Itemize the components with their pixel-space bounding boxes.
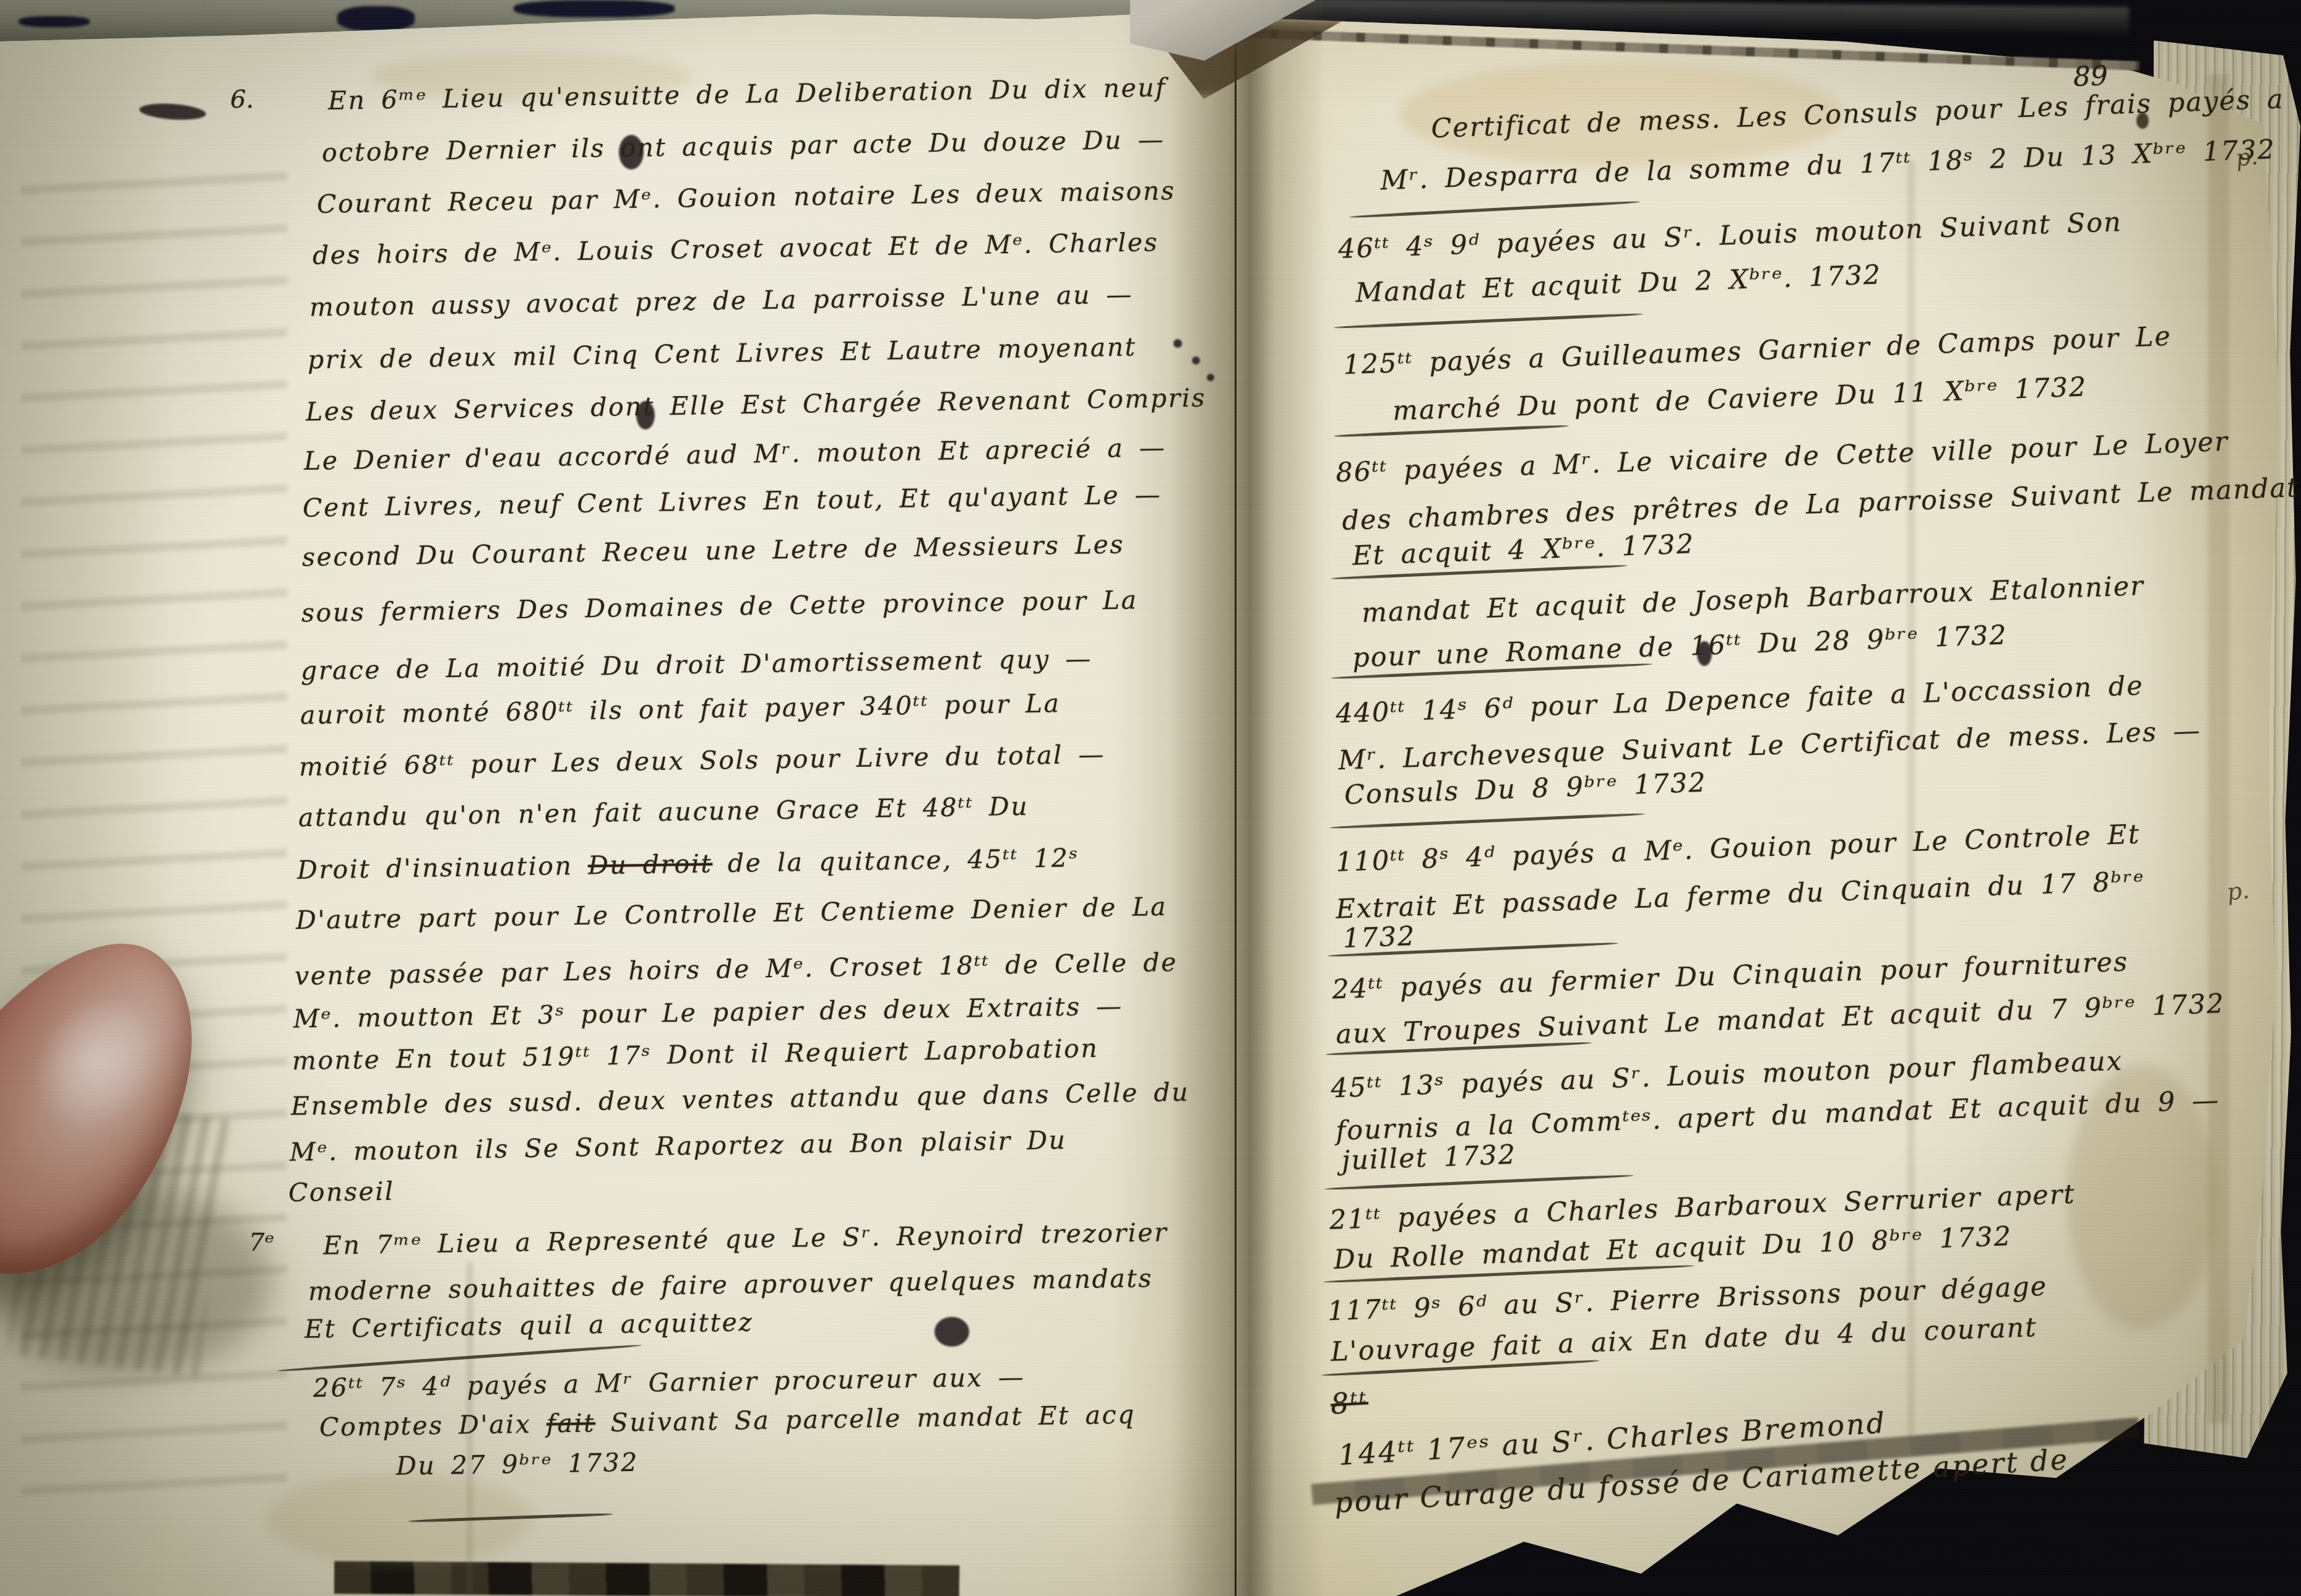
torn-bottom-edge-left: [334, 1561, 959, 1596]
backdrop-dark-blob: [514, 0, 675, 17]
line-part: Droit d'insinuation: [297, 851, 589, 885]
line-part: Comptes D'aix: [319, 1409, 547, 1443]
struck-words: Du droit: [588, 848, 713, 880]
book-gutter-shadow: [1170, 0, 1324, 1596]
thumbnail-highlight: [8, 970, 186, 1155]
handwritten-line: Du 27 9ᵇʳᵉ 1732: [396, 1447, 639, 1481]
handwritten-line: 1732: [1342, 921, 1416, 954]
line-part: de la quitance, 45ᵗᵗ 12ˢ: [712, 843, 1079, 878]
handwritten-line: juillet 1732: [1341, 1139, 1517, 1176]
edge-fragment: p.: [2234, 142, 2259, 172]
page-number: 89: [2073, 60, 2109, 93]
handwritten-line: Conseil: [288, 1176, 395, 1208]
struck-words: fait: [546, 1408, 596, 1438]
struck-amount: 8ᵗᵗ: [1329, 1385, 1369, 1421]
gutter-speck: [1192, 356, 1200, 364]
gutter-speck: [1207, 374, 1214, 381]
backdrop-dark-blob: [19, 16, 90, 27]
gutter-speck: [1173, 339, 1182, 348]
backdrop-dark-blob: [337, 6, 415, 31]
ink-blot: [935, 1317, 969, 1347]
edge-fragment: p.: [2225, 876, 2250, 906]
manuscript-photo: 6. En 6ᵐᵉ Lieu qu'ensuitte de La Deliber…: [0, 0, 2301, 1596]
margin-item-number-6: 6.: [230, 85, 254, 114]
